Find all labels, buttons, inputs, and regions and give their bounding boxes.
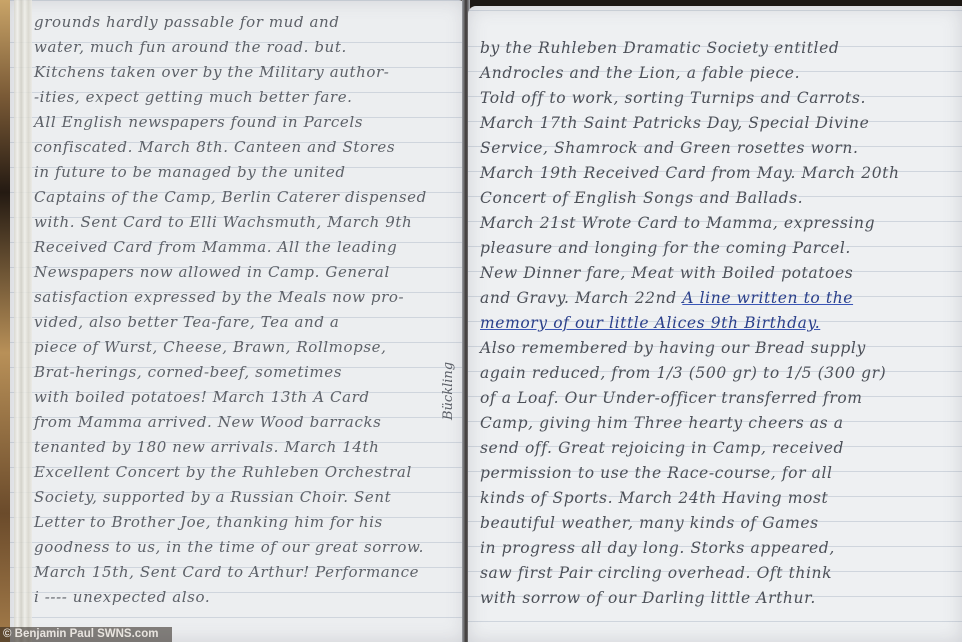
diary-line: Told off to work, sorting Turnips and Ca… [480,86,958,111]
diary-line: send off. Great rejoicing in Camp, recei… [480,436,958,461]
diary-line: again reduced, from 1/3 (500 gr) to 1/5 … [480,361,958,386]
diary-line: piece of Wurst, Cheese, Brawn, Rollmopse… [34,335,464,360]
diary-line: Service, Shamrock and Green rosettes wor… [480,136,958,161]
left-page: grounds hardly passable for mud and wate… [10,0,465,642]
diary-text: and Gravy. March 22nd [480,289,677,307]
diary-line: with boiled potatoes! March 13th A Card [34,385,464,410]
diary-line: Camp, giving him Three hearty cheers as … [480,411,958,436]
diary-line: vided, also better Tea-fare, Tea and a [34,310,464,335]
diary-line: permission to use the Race-course, for a… [480,461,958,486]
diary-line: Concert of English Songs and Ballads. [480,186,958,211]
diary-line: Newspapers now allowed in Camp. General [34,260,464,285]
diary-line: i ---- unexpected also. [34,585,464,610]
notebook-photo: grounds hardly passable for mud and wate… [0,0,962,642]
diary-line: Society, supported by a Russian Choir. S… [34,485,464,510]
diary-line: Brat-herings, corned-beef, sometimes [34,360,464,385]
diary-line: memory of our little Alices 9th Birthday… [480,311,958,336]
diary-line: beautiful weather, many kinds of Games [480,511,958,536]
blue-ink-underlined-text: A line written to the [682,289,853,307]
diary-line: of a Loaf. Our Under-officer transferred… [480,386,958,411]
diary-line: Letter to Brother Joe, thanking him for … [34,510,464,535]
diary-line: in future to be managed by the united [34,160,464,185]
diary-line: Kitchens taken over by the Military auth… [34,60,464,85]
diary-line: New Dinner fare, Meat with Boiled potato… [480,261,958,286]
diary-line: satisfaction expressed by the Meals now … [34,285,464,310]
diary-line: confiscated. March 8th. Canteen and Stor… [34,135,464,160]
diary-line: from Mamma arrived. New Wood barracks [34,410,464,435]
diary-line: kinds of Sports. March 24th Having most [480,486,958,511]
diary-line: Excellent Concert by the Ruhleben Orches… [34,460,464,485]
diary-line: All English newspapers found in Parcels [34,110,464,135]
blue-ink-underlined-text: memory of our little Alices 9th Birthday… [480,314,820,332]
diary-line: Androcles and the Lion, a fable piece. [480,61,958,86]
page-stack-edge [14,0,32,642]
diary-line: with sorrow of our Darling little Arthur… [480,586,958,611]
diary-line: March 15th, Sent Card to Arthur! Perform… [34,560,464,585]
photo-credit-watermark: © Benjamin Paul SWNS.com [0,627,172,642]
right-page-text: by the Ruhleben Dramatic Society entitle… [480,36,958,611]
diary-line: and Gravy. March 22nd A line written to … [480,286,958,311]
diary-line: grounds hardly passable for mud and [34,10,464,35]
right-page: by the Ruhleben Dramatic Society entitle… [468,6,962,642]
diary-line: goodness to us, in the time of our great… [34,535,464,560]
diary-line: -ities, expect getting much better fare. [34,85,464,110]
diary-line: Received Card from Mamma. All the leadin… [34,235,464,260]
diary-line: by the Ruhleben Dramatic Society entitle… [480,36,958,61]
diary-line: Also remembered by having our Bread supp… [480,336,958,361]
left-page-text: grounds hardly passable for mud and wate… [34,10,464,610]
margin-note: Bückling [441,320,457,420]
diary-line: with. Sent Card to Elli Wachsmuth, March… [34,210,464,235]
diary-line: March 19th Received Card from May. March… [480,161,958,186]
diary-line: tenanted by 180 new arrivals. March 14th [34,435,464,460]
diary-line: Captains of the Camp, Berlin Caterer dis… [34,185,464,210]
diary-line: saw first Pair circling overhead. Oft th… [480,561,958,586]
diary-line: pleasure and longing for the coming Parc… [480,236,958,261]
diary-line: in progress all day long. Storks appeare… [480,536,958,561]
diary-line: March 17th Saint Patricks Day, Special D… [480,111,958,136]
diary-line: March 21st Wrote Card to Mamma, expressi… [480,211,958,236]
diary-line: water, much fun around the road. but. [34,35,464,60]
